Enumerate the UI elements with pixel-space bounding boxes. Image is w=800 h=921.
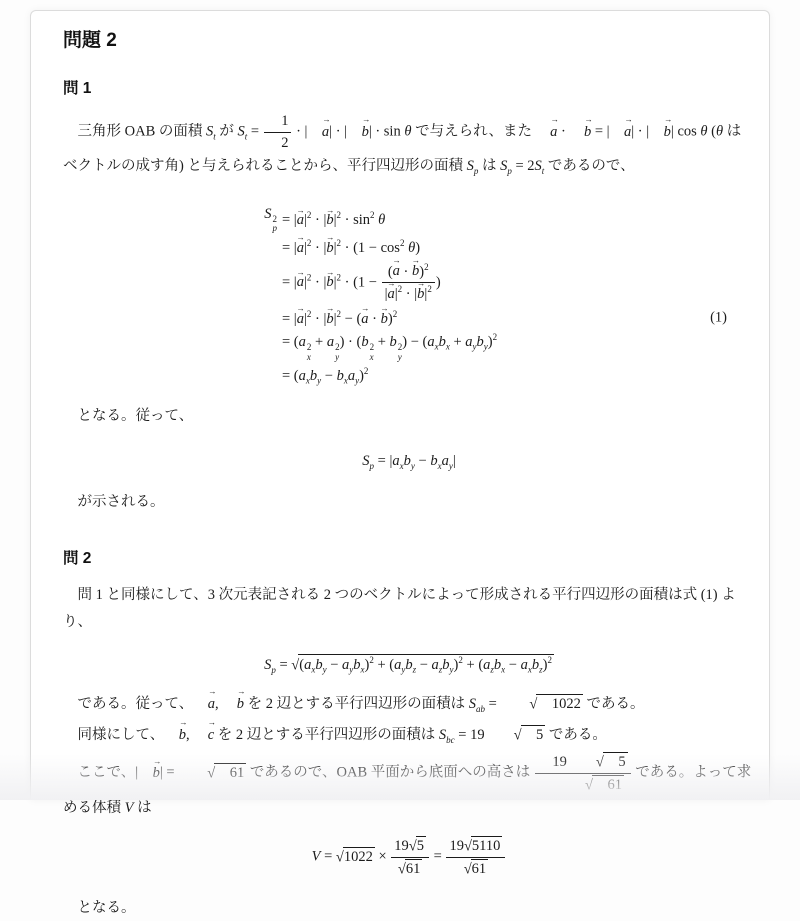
q2-paragraph: 問 1 と同様にして、3 次元表記される 2 つのベクトルによって形成される平行… — [63, 582, 755, 636]
derivation-row: = (a2x + a2y) · (b2x + b2y) − (axbx + ay… — [245, 332, 755, 362]
derivation-lhs: S2p — [245, 206, 277, 234]
q2-line-sbc: 同様にして、b, c を 2 辺とする平行四辺形の面積は Sbc = 19√5 … — [63, 722, 755, 749]
derivation-rhs: = |a|2 · |b|2 · (1 − cos2 θ) — [282, 238, 755, 257]
q1-derivation-block: S2p = |a|2 · |b|2 · sin2 θ = |a|2 · |b|2… — [245, 206, 755, 389]
q1-result-equation: Sp = |axby − bxay| — [63, 450, 755, 473]
q2-heading: 問 2 — [63, 546, 755, 568]
derivation-row: = |a|2 · |b|2 − (a · b)2 (1) — [245, 305, 755, 332]
problem-title: 問題 2 — [63, 25, 755, 52]
derivation-rhs: = |a|2 · |b|2 · (1 − (a · b)2|a|2 · |b|2… — [282, 262, 755, 304]
q1-transition-text: となる。従って、 — [63, 403, 755, 430]
q2-line-sab: である。従って、a, b を 2 辺とする平行四辺形の面積は Sab = √10… — [63, 691, 755, 718]
document-page: 問題 2 問 1 三角形 OAB の面積 St が St = 12 · |a| … — [30, 10, 770, 800]
derivation-row: = (axby − bxay)2 — [245, 362, 755, 389]
derivation-rhs: = |a|2 · |b|2 · sin2 θ — [282, 210, 755, 229]
derivation-row: = |a|2 · |b|2 · (1 − (a · b)2|a|2 · |b|2… — [245, 261, 755, 305]
derivation-rhs: = (axby − bxay)2 — [282, 366, 755, 386]
page-content: 問題 2 問 1 三角形 OAB の面積 St が St = 12 · |a| … — [31, 11, 769, 800]
derivation-row: = |a|2 · |b|2 · (1 − cos2 θ) — [245, 234, 755, 261]
q1-paragraph: 三角形 OAB の面積 St が St = 12 · |a| · |b| · s… — [63, 112, 755, 180]
q1-heading: 問 1 — [63, 76, 755, 98]
equation-number-tag: (1) — [710, 310, 727, 327]
derivation-row: S2p = |a|2 · |b|2 · sin2 θ — [245, 206, 755, 234]
q2-area-formula: Sp = √(axby − aybx)2 + (aybz − azby)2 + … — [63, 654, 755, 677]
q2-line-height: ここで、|b| = √61 であるので、OAB 平面から底面への高さは 19√5… — [63, 752, 755, 800]
derivation-rhs: = |a|2 · |b|2 − (a · b)2 — [282, 309, 755, 328]
q1-closing-text: が示される。 — [63, 489, 755, 516]
derivation-rhs: = (a2x + a2y) · (b2x + b2y) − (axbx + ay… — [282, 332, 755, 362]
